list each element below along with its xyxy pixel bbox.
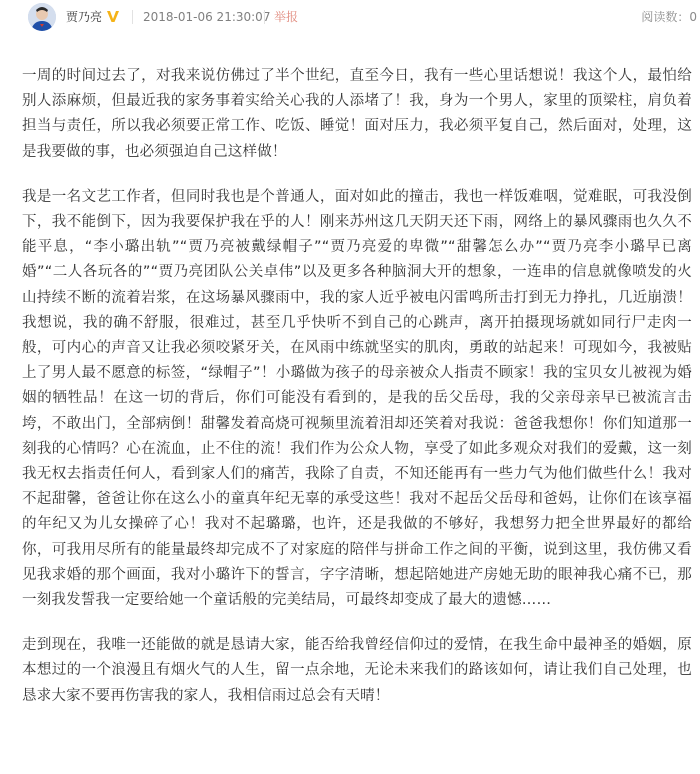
article-body: 一周的时间过去了，对我来说仿佛过了半个世纪，直至今日，我有一些心里话想说！我这个… [22, 64, 692, 729]
read-count: 阅读数：0 [641, 9, 697, 25]
author-name[interactable]: 贾乃亮 [66, 9, 102, 25]
author-avatar[interactable] [28, 3, 56, 31]
article-paragraph-3: 走到现在，我唯一还能做的就是恳请大家，能否给我曾经信仰过的爱情，在我生命中最神圣… [22, 633, 692, 709]
avatar-image-icon [28, 3, 56, 31]
divider [264, 10, 265, 24]
verified-v-badge-icon [106, 8, 120, 24]
divider [132, 10, 133, 24]
report-link[interactable]: 举报 [274, 9, 298, 25]
article-paragraph-1: 一周的时间过去了，对我来说仿佛过了半个世纪，直至今日，我有一些心里话想说！我这个… [22, 64, 692, 165]
post-header: 贾乃亮 2018-01-06 21:30:07 举报 阅读数：0 [0, 0, 700, 36]
article-paragraph-2: 我是一名文艺工作者，但同时我也是个普通人，面对如此的撞击，我也一样饭难咽，觉难眠… [22, 185, 692, 613]
post-timestamp: 2018-01-06 21:30:07 [143, 9, 270, 25]
